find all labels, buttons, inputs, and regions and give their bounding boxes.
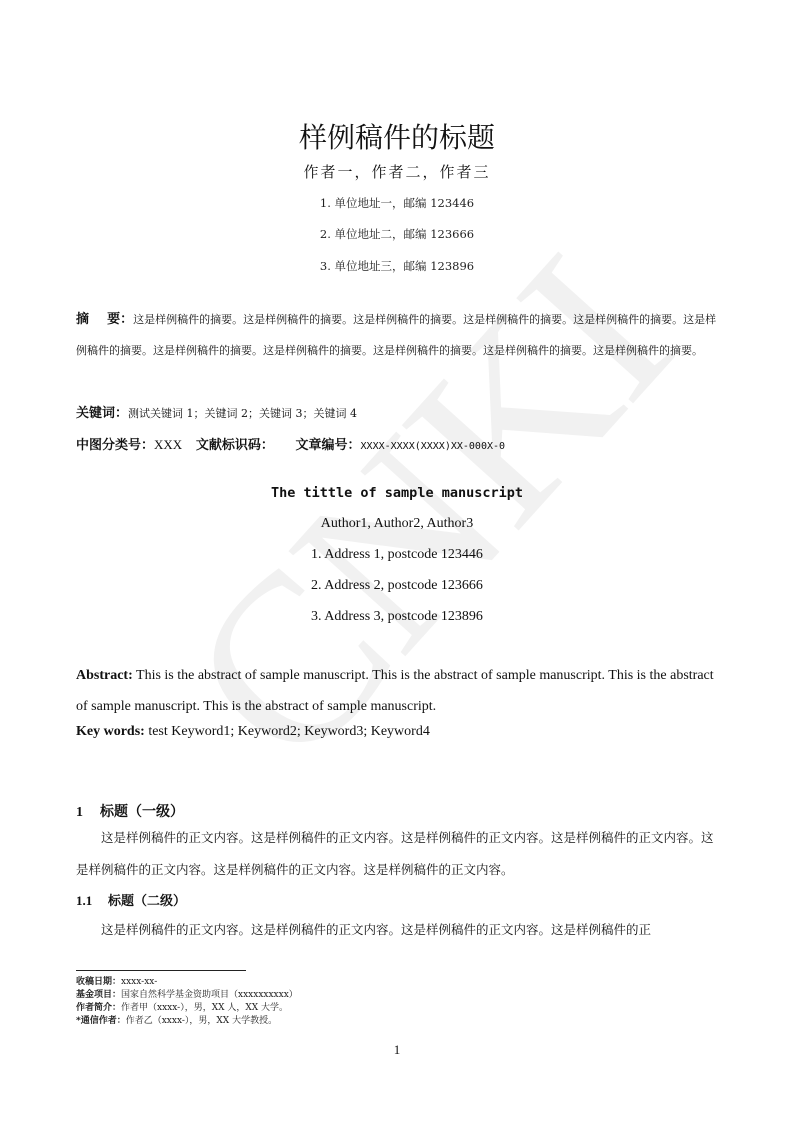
section-body-1-1: 这是样例稿件的正文内容。这是样例稿件的正文内容。这是样例稿件的正文内容。这是样例… xyxy=(76,914,721,946)
section-heading-1-1: 1.1标题（二级） xyxy=(76,890,186,909)
paragraph: 这是样例稿件的正文内容。这是样例稿件的正文内容。这是样例稿件的正文内容。这是样例… xyxy=(76,822,721,886)
clc-label: 中图分类号： xyxy=(76,438,154,453)
keywords-cn-label: 关键词： xyxy=(76,406,128,421)
footnote-received: 收稿日期：xxxx-xx- xyxy=(76,976,298,989)
affiliation-en-1: 1. Address 1, postcode 123446 xyxy=(0,547,794,563)
abstract-cn: 摘 要：这是样例稿件的摘要。这是样例稿件的摘要。这是样例稿件的摘要。这是样例稿件… xyxy=(76,304,721,366)
doc-code-label: 文献标识码： xyxy=(196,438,274,453)
affiliation-en-3: 3. Address 3, postcode 123896 xyxy=(0,609,794,625)
footnote-divider xyxy=(76,970,246,971)
section-number: 1.1 xyxy=(76,893,108,909)
affiliation-cn-2: 2. 单位地址二，邮编 123666 xyxy=(0,226,794,242)
article-no-value: XXXX-XXXX(XXXX)XX-000X-0 xyxy=(361,441,506,452)
affiliation-cn-1: 1. 单位地址一，邮编 123446 xyxy=(0,195,794,211)
abstract-cn-text: 这是样例稿件的摘要。这是样例稿件的摘要。这是样例稿件的摘要。这是样例稿件的摘要。… xyxy=(76,313,716,357)
paper-title-cn: 样例稿件的标题 xyxy=(0,116,794,156)
section-title: 标题（二级） xyxy=(108,894,186,909)
keywords-en: Key words: test Keyword1; Keyword2; Keyw… xyxy=(76,724,721,740)
keywords-en-label: Key words: xyxy=(76,724,145,739)
abstract-cn-label: 摘 要： xyxy=(76,312,133,327)
paragraph: 这是样例稿件的正文内容。这是样例稿件的正文内容。这是样例稿件的正文内容。这是样例… xyxy=(76,914,721,946)
footnote-corresponding: *通信作者：作者乙（xxxx-），男，XX 大学教授。 xyxy=(76,1015,298,1028)
abstract-en: Abstract: This is the abstract of sample… xyxy=(76,660,721,722)
footnotes: 收稿日期：xxxx-xx- 基金项目：国家自然科学基金资助项目（xxxxxxxx… xyxy=(76,976,298,1028)
abstract-en-text: This is the abstract of sample manuscrip… xyxy=(76,668,714,714)
page-number: 1 xyxy=(0,1042,794,1058)
article-no-label: 文章编号： xyxy=(296,438,361,453)
section-number: 1 xyxy=(76,805,100,821)
footnote-funding: 基金项目：国家自然科学基金资助项目（xxxxxxxxxx） xyxy=(76,989,298,1002)
paper-title-en: The tittle of sample manuscript xyxy=(0,485,794,501)
keywords-cn: 关键词：测试关键词 1；关键词 2；关键词 3；关键词 4 xyxy=(76,402,721,421)
affiliation-en-2: 2. Address 2, postcode 123666 xyxy=(0,578,794,594)
abstract-en-label: Abstract: xyxy=(76,668,133,683)
section-title: 标题（一级） xyxy=(100,804,184,820)
paper-page: 样例稿件的标题 作者一，作者二，作者三 1. 单位地址一，邮编 123446 2… xyxy=(0,0,794,1123)
keywords-en-text: test Keyword1; Keyword2; Keyword3; Keywo… xyxy=(145,724,430,739)
section-body-1: 这是样例稿件的正文内容。这是样例稿件的正文内容。这是样例稿件的正文内容。这是样例… xyxy=(76,822,721,886)
clc-value: XXX xyxy=(154,437,182,452)
footnote-author-bio: 作者简介：作者甲（xxxx-），男，XX 人，XX 大学。 xyxy=(76,1002,298,1015)
authors-cn: 作者一，作者二，作者三 xyxy=(0,161,794,182)
section-heading-1: 1标题（一级） xyxy=(76,801,184,821)
affiliation-cn-3: 3. 单位地址三，邮编 123896 xyxy=(0,258,794,274)
classification-line: 中图分类号：XXX 文献标识码： 文章编号：XXXX-XXXX(XXXX)XX-… xyxy=(76,434,721,453)
keywords-cn-text: 测试关键词 1；关键词 2；关键词 3；关键词 4 xyxy=(128,407,357,420)
authors-en: Author1, Author2, Author3 xyxy=(0,516,794,532)
